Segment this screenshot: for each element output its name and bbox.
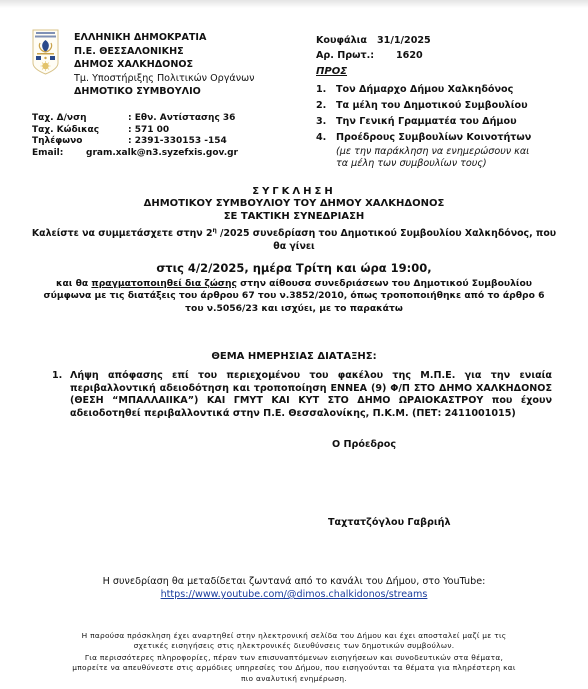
municipality-logo-icon — [32, 29, 59, 75]
stream-notice: Η συνεδρίαση θα μεταδίδεται ζωντανά από … — [0, 575, 588, 601]
postal-label: Ταχ. Κώδικας — [32, 125, 128, 137]
footer-line: Για περισσότερες πληροφορίες, πέραν των … — [0, 653, 588, 663]
footer-line: Η παρούσα πρόσκληση έχει αναρτηθεί στην … — [0, 631, 588, 641]
document-title: ΣΥΓΚΛΗΣΗ — [0, 186, 588, 197]
meeting-location: και θα πραγματοποιηθεί δια ζώσης στην αί… — [0, 278, 588, 315]
email-label: Email: — [32, 148, 86, 160]
recipient-item: 3.Την Γενική Γραμματέα του Δήμου — [316, 114, 531, 130]
protocol-label: Αρ. Πρωτ.: — [316, 48, 396, 63]
protocol-number: 1620 — [396, 48, 423, 63]
agenda-heading: ΘΕΜΑ ΗΜΕΡΗΣΙΑΣ ΔΙΑΤΑΞΗΣ: — [0, 351, 588, 362]
stream-text: Η συνεδρίαση θα μεταδίδεται ζωντανά από … — [0, 575, 588, 588]
postal-value: : 571 00 — [128, 125, 169, 137]
email-value: gram.xalk@n3.syzefxis.gov.gr — [86, 148, 238, 160]
chair-title: Ο Πρόεδρος — [332, 439, 396, 450]
phone-value: : 2391-330153 -154 — [128, 136, 227, 148]
in-person-emphasis: πραγματοποιηθεί δια ζώσης — [91, 278, 237, 289]
agenda-item-text: Λήψη απόφασης επί του περιεχομένου του φ… — [70, 370, 552, 420]
issuing-organization: ΕΛΛΗΝΙΚΗ ΔΗΜΟΚΡΑΤΙΑ Π.Ε. ΘΕΣΣΑΛΟΝΙΚΗΣ ΔΗ… — [74, 31, 254, 99]
recipients-list: 1.Τον Δήμαρχο Δήμου Χαλκηδόνος 2.Τα μέλη… — [316, 82, 531, 170]
contact-info: Ταχ. Δ/νση: Εθν. Αντίστασης 36 Ταχ. Κώδι… — [32, 113, 238, 159]
invitation-text: Καλείστε να συμμετάσχετε στην 2η /2025 σ… — [0, 225, 588, 253]
agenda-item-number: 1. — [52, 370, 70, 420]
address-value: : Εθν. Αντίστασης 36 — [128, 113, 235, 125]
footer-line: πιο αναλυτική ενημέρωση. — [0, 674, 588, 684]
org-line-municipality: ΔΗΜΟΣ ΧΑΛΚΗΔΟΝΟΣ — [74, 58, 254, 72]
footer-notice: Η παρούσα πρόσκληση έχει αναρτηθεί στην … — [0, 631, 588, 684]
agenda-item: 1. Λήψη απόφασης επί του περιεχομένου το… — [52, 370, 552, 420]
recipient-item: 2.Τα μέλη του Δημοτικού Συμβουλίου — [316, 98, 531, 114]
session-type: ΣΕ ΤΑΚΤΙΚΗ ΣΥΝΕΔΡΙΑΣΗ — [0, 211, 588, 222]
footer-line: σχετικές εισηγήσεις στις ηλεκτρονικές δι… — [0, 641, 588, 651]
org-line-council: ΔΗΜΟΤΙΚΟ ΣΥΜΒΟΥΛΙΟ — [74, 85, 254, 99]
document-subtitle: ΔΗΜΟΤΙΚΟΥ ΣΥΜΒΟΥΛΙΟΥ ΤΟΥ ΔΗΜΟΥ ΧΑΛΚΗΔΟΝΟ… — [0, 198, 588, 209]
recipient-note-line: (με την παράκληση να ενημερώσουν και — [316, 146, 531, 158]
phone-label: Τηλέφωνο — [32, 136, 128, 148]
footer-line: μπορείτε να απευθύνεστε στις αρμόδιες υπ… — [0, 663, 588, 673]
org-line-department: Τμ. Υποστήριξης Πολιτικών Οργάνων — [74, 72, 254, 86]
org-line-country: ΕΛΛΗΝΙΚΗ ΔΗΜΟΚΡΑΤΙΑ — [74, 31, 254, 45]
to-label: ΠΡΟΣ — [316, 66, 347, 77]
document-date: 31/1/2025 — [377, 33, 431, 48]
document-meta: Κουφάλια31/1/2025 Αρ. Πρωτ.:1620 — [316, 33, 431, 63]
recipient-item: 1.Τον Δήμαρχο Δήμου Χαλκηδόνος — [316, 82, 531, 98]
signer-name: Ταχτατζόγλου Γαβριήλ — [328, 517, 451, 528]
place-label: Κουφάλια — [316, 33, 377, 48]
org-line-region: Π.Ε. ΘΕΣΣΑΛΟΝΙΚΗΣ — [74, 45, 254, 59]
recipient-item: 4.Προέδρους Συμβουλίων Κοινοτήτων — [316, 130, 531, 146]
viewer-top-shadow — [0, 0, 588, 8]
meeting-datetime: στις 4/2/2025, ημέρα Τρίτη και ώρα 19:00… — [0, 261, 588, 275]
recipient-note-line: τα μέλη των συμβουλίων τους) — [316, 158, 531, 170]
youtube-stream-link[interactable]: https://www.youtube.com/@dimos.chalkidon… — [161, 589, 428, 600]
address-label: Ταχ. Δ/νση — [32, 113, 128, 125]
